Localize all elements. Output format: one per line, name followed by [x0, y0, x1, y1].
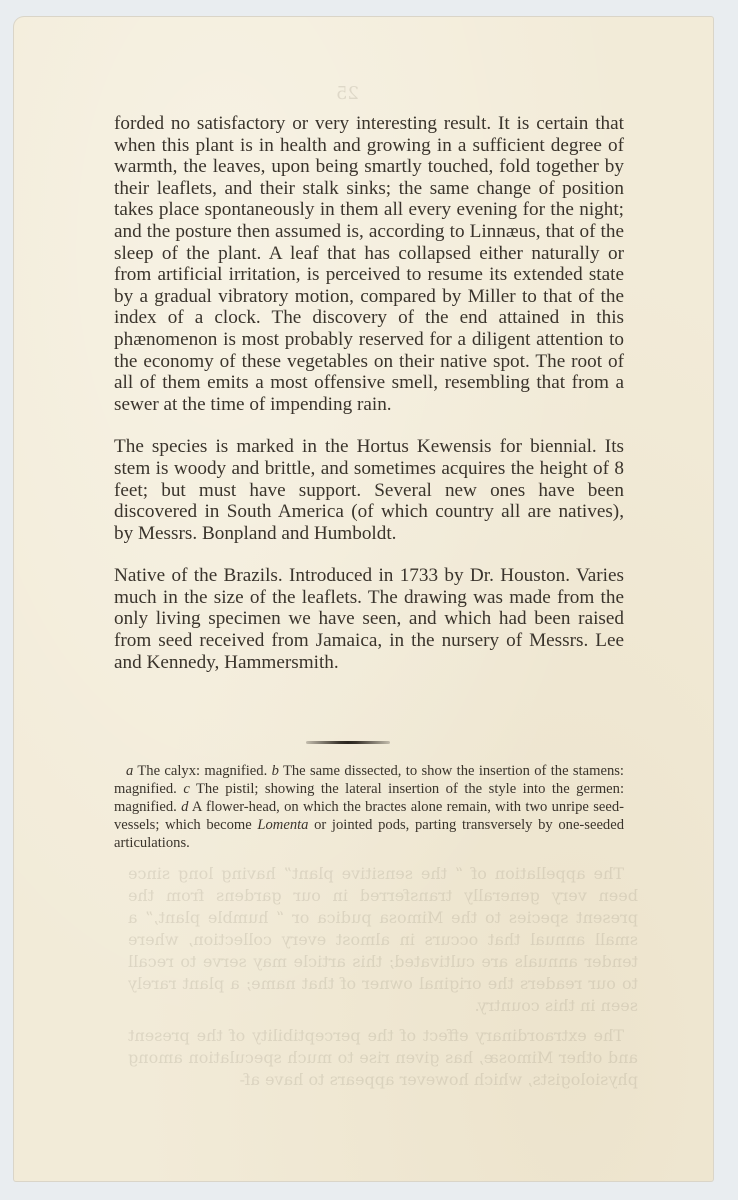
showthrough-paragraph: The extraordinary effect of the percepti…: [128, 1025, 638, 1091]
showthrough-page-number: 25: [336, 83, 359, 104]
decorative-rule: [306, 741, 390, 744]
plate-footnote: a The calyx: magnified. b The same disse…: [114, 762, 624, 852]
showthrough-reverse-text: The appellation of “ the sensitive plant…: [128, 863, 638, 1099]
paragraph-native: Native of the Brazils. Introduced in 173…: [114, 565, 624, 673]
footnote-letter-b: b: [272, 763, 279, 779]
paragraph-continuation: forded no satisfactory or very interesti…: [114, 113, 624, 415]
footnote-indent: [114, 763, 126, 779]
paragraph-species: The species is marked in the Hortus Kewe…: [114, 436, 624, 544]
showthrough-paragraph: The appellation of “ the sensitive plant…: [128, 863, 638, 1017]
footnote-lomenta: Lomenta: [257, 817, 308, 833]
footnote-text-a: The calyx: magnified.: [133, 763, 271, 779]
body-text: forded no satisfactory or very interesti…: [114, 113, 624, 694]
